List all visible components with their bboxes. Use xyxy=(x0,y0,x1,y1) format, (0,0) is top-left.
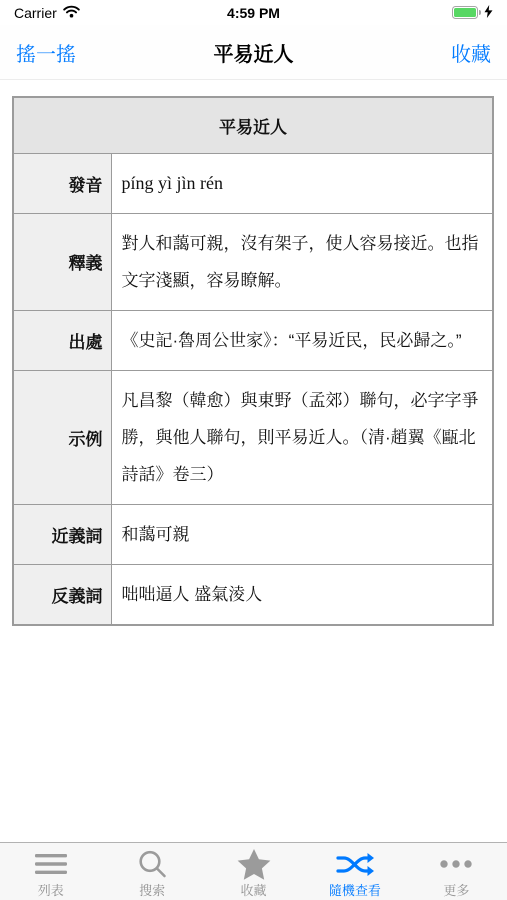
tab-list[interactable]: 列表 xyxy=(0,843,101,900)
table-row: 出處 《史記·魯周公世家》：“平易近民，民必歸之。” xyxy=(13,310,493,370)
tab-label: 列表 xyxy=(38,880,64,899)
status-right xyxy=(452,5,493,21)
favorite-button[interactable]: 收藏 xyxy=(451,25,491,79)
tab-random[interactable]: 隨機查看 xyxy=(304,843,405,900)
row-value: 對人和藹可親，沒有架子，使人容易接近。也指文字淺顯，容易瞭解。 xyxy=(111,213,493,310)
page-title: 平易近人 xyxy=(214,38,294,67)
row-label: 近義詞 xyxy=(13,504,111,564)
tab-label: 隨機查看 xyxy=(329,880,381,899)
table-row: 示例 凡昌黎（韓愈）與東野（孟郊）聯句，必字字爭勝，與他人聯句，則平易近人。（清… xyxy=(13,370,493,504)
table-header-row: 平易近人 xyxy=(13,97,493,153)
row-value: 和藹可親 xyxy=(111,504,493,564)
table-row: 近義詞 和藹可親 xyxy=(13,504,493,564)
row-value: píng yì jìn rén xyxy=(111,153,493,213)
table-row: 釋義 對人和藹可親，沒有架子，使人容易接近。也指文字淺顯，容易瞭解。 xyxy=(13,213,493,310)
row-value: 凡昌黎（韓愈）與東野（孟郊）聯句，必字字爭勝，與他人聯句，則平易近人。（清·趙翼… xyxy=(111,370,493,504)
list-icon xyxy=(33,849,69,879)
shuffle-icon xyxy=(336,849,374,879)
entry-table: 平易近人 發音 píng yì jìn rén 釋義 對人和藹可親，沒有架子，使… xyxy=(12,96,494,626)
row-label: 釋義 xyxy=(13,213,111,310)
tab-label: 收藏 xyxy=(241,880,267,899)
nav-bar: 搖一搖 平易近人 收藏 xyxy=(0,25,507,80)
content-area: 平易近人 發音 píng yì jìn rén 釋義 對人和藹可親，沒有架子，使… xyxy=(0,80,507,626)
more-icon xyxy=(439,849,473,879)
row-label: 發音 xyxy=(13,153,111,213)
charging-bolt-icon xyxy=(484,5,493,21)
tab-favorites[interactable]: 收藏 xyxy=(203,843,304,900)
search-icon xyxy=(137,849,167,879)
star-icon xyxy=(237,849,271,879)
row-value: 咄咄逼人 盛氣淩人 xyxy=(111,564,493,625)
shake-button[interactable]: 搖一搖 xyxy=(16,25,76,79)
status-bar: Carrier 4:59 PM xyxy=(0,0,507,25)
row-label: 出處 xyxy=(13,310,111,370)
tab-more[interactable]: 更多 xyxy=(406,843,507,900)
entry-title: 平易近人 xyxy=(13,97,493,153)
tab-bar: 列表 搜索 收藏 xyxy=(0,842,507,900)
table-row: 發音 píng yì jìn rén xyxy=(13,153,493,213)
row-label: 反義詞 xyxy=(13,564,111,625)
status-time: 4:59 PM xyxy=(0,5,507,21)
row-value: 《史記·魯周公世家》：“平易近民，民必歸之。” xyxy=(111,310,493,370)
battery-icon xyxy=(452,6,481,19)
app-screen: Carrier 4:59 PM 搖一搖 平易近 xyxy=(0,0,507,900)
tab-label: 更多 xyxy=(443,880,469,899)
row-label: 示例 xyxy=(13,370,111,504)
table-row: 反義詞 咄咄逼人 盛氣淩人 xyxy=(13,564,493,625)
tab-label: 搜索 xyxy=(139,880,165,899)
tab-search[interactable]: 搜索 xyxy=(101,843,202,900)
